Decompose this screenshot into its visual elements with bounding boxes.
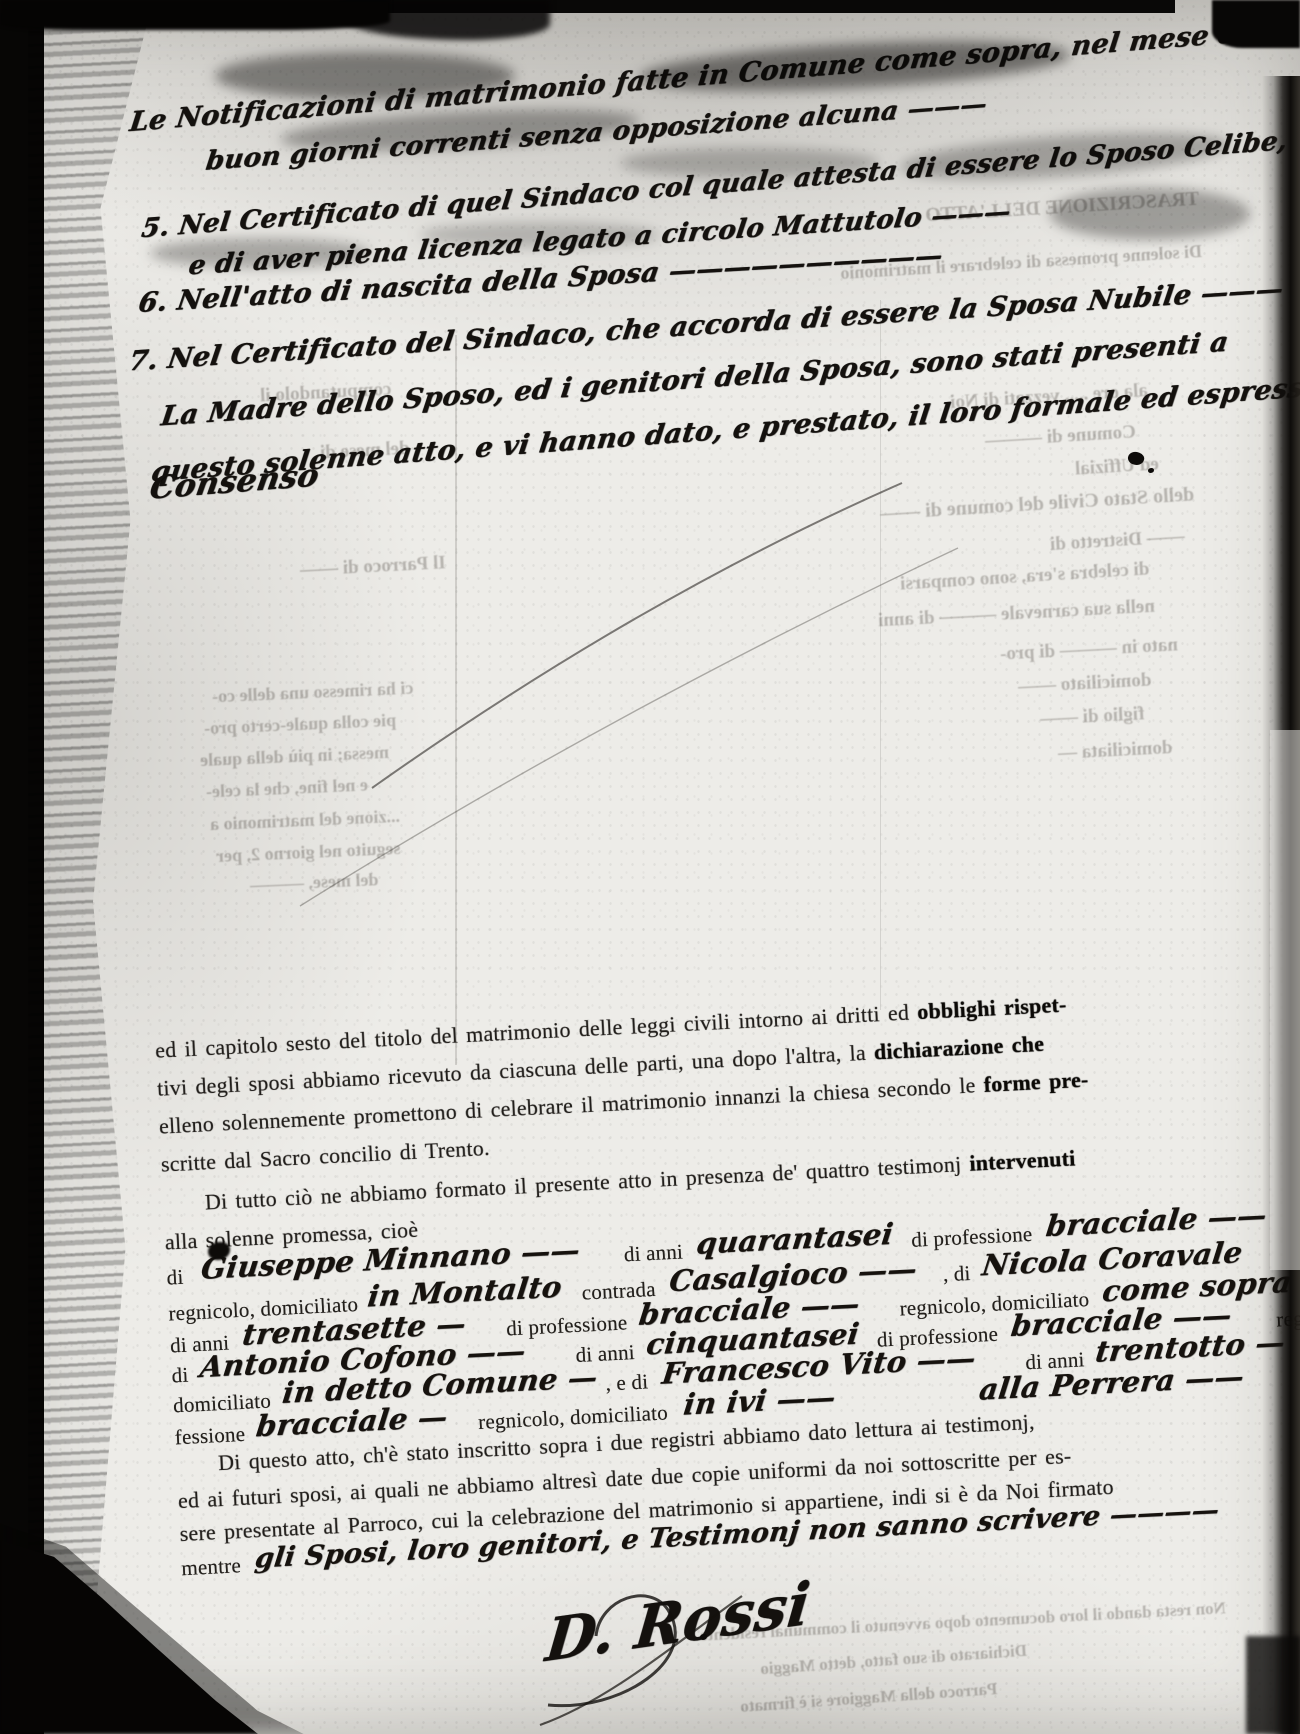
scanned-document-page: TRASCRIZIONE DELL'ATTO Di solenne promes… (0, 0, 1300, 1734)
witness-row-2-print-3: , di (942, 1261, 971, 1286)
witness-row-6-print-1: fessione (174, 1422, 246, 1450)
scan-blotch-top-2 (0, 0, 390, 30)
witness-row-1-print-1: di (166, 1265, 184, 1290)
para1-line-3-bold: forme pre- (983, 1067, 1089, 1097)
para1-line-5-bold: intervenuti (969, 1145, 1076, 1175)
scan-border-right-fade (1270, 730, 1300, 1270)
scan-corner-bottom-right (1246, 1636, 1300, 1734)
ink-smudge-7 (150, 238, 370, 268)
witness-row-5-print-2: , e di (605, 1369, 649, 1395)
ink-smudge-4 (620, 148, 880, 178)
ink-smudge-8 (420, 222, 660, 248)
ink-smudge-1 (215, 52, 515, 100)
witness-row-6-hand-2: in ivi —— (681, 1380, 837, 1422)
scan-corner-top-right (1212, 0, 1300, 48)
witness-row-1-print-2: di anni (623, 1239, 683, 1266)
ink-smudge-6 (1050, 188, 1250, 240)
para2-line-4-print: mentre (181, 1553, 242, 1580)
